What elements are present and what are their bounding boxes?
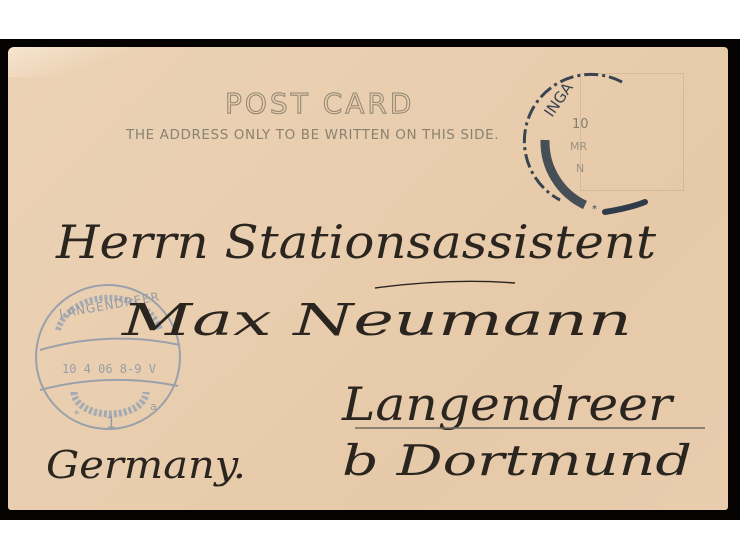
postcard-ink-layer: * INGA 10 MR N LANGENDREER 10 4 06 8-9 V… — [0, 0, 740, 557]
postmark-left-suffix: a — [150, 400, 157, 413]
handwritten-address: Herrn Stationsassistent Max Neumann Lang… — [46, 215, 705, 487]
postmark-right-town: INGA — [541, 79, 578, 121]
postmark-right-date-1: 10 — [572, 117, 589, 132]
address-line-2: Max Neumann — [120, 295, 632, 346]
address-line-3: Langendreer — [341, 377, 675, 431]
address-country: Germany. — [46, 443, 246, 487]
svg-text:*: * — [592, 204, 597, 215]
postmark-right-date-2: MR — [570, 140, 587, 153]
postmark-left-number: 1 — [106, 413, 116, 432]
svg-text:*: * — [74, 408, 80, 421]
postmark-right-date-3: N — [576, 162, 584, 175]
address-line-1: Herrn Stationsassistent — [55, 215, 657, 269]
postmark-right: * INGA 10 MR N — [524, 74, 645, 215]
address-line-4: b Dortmund — [342, 436, 692, 485]
postmark-left-date: 10 4 06 8-9 V — [62, 362, 156, 376]
